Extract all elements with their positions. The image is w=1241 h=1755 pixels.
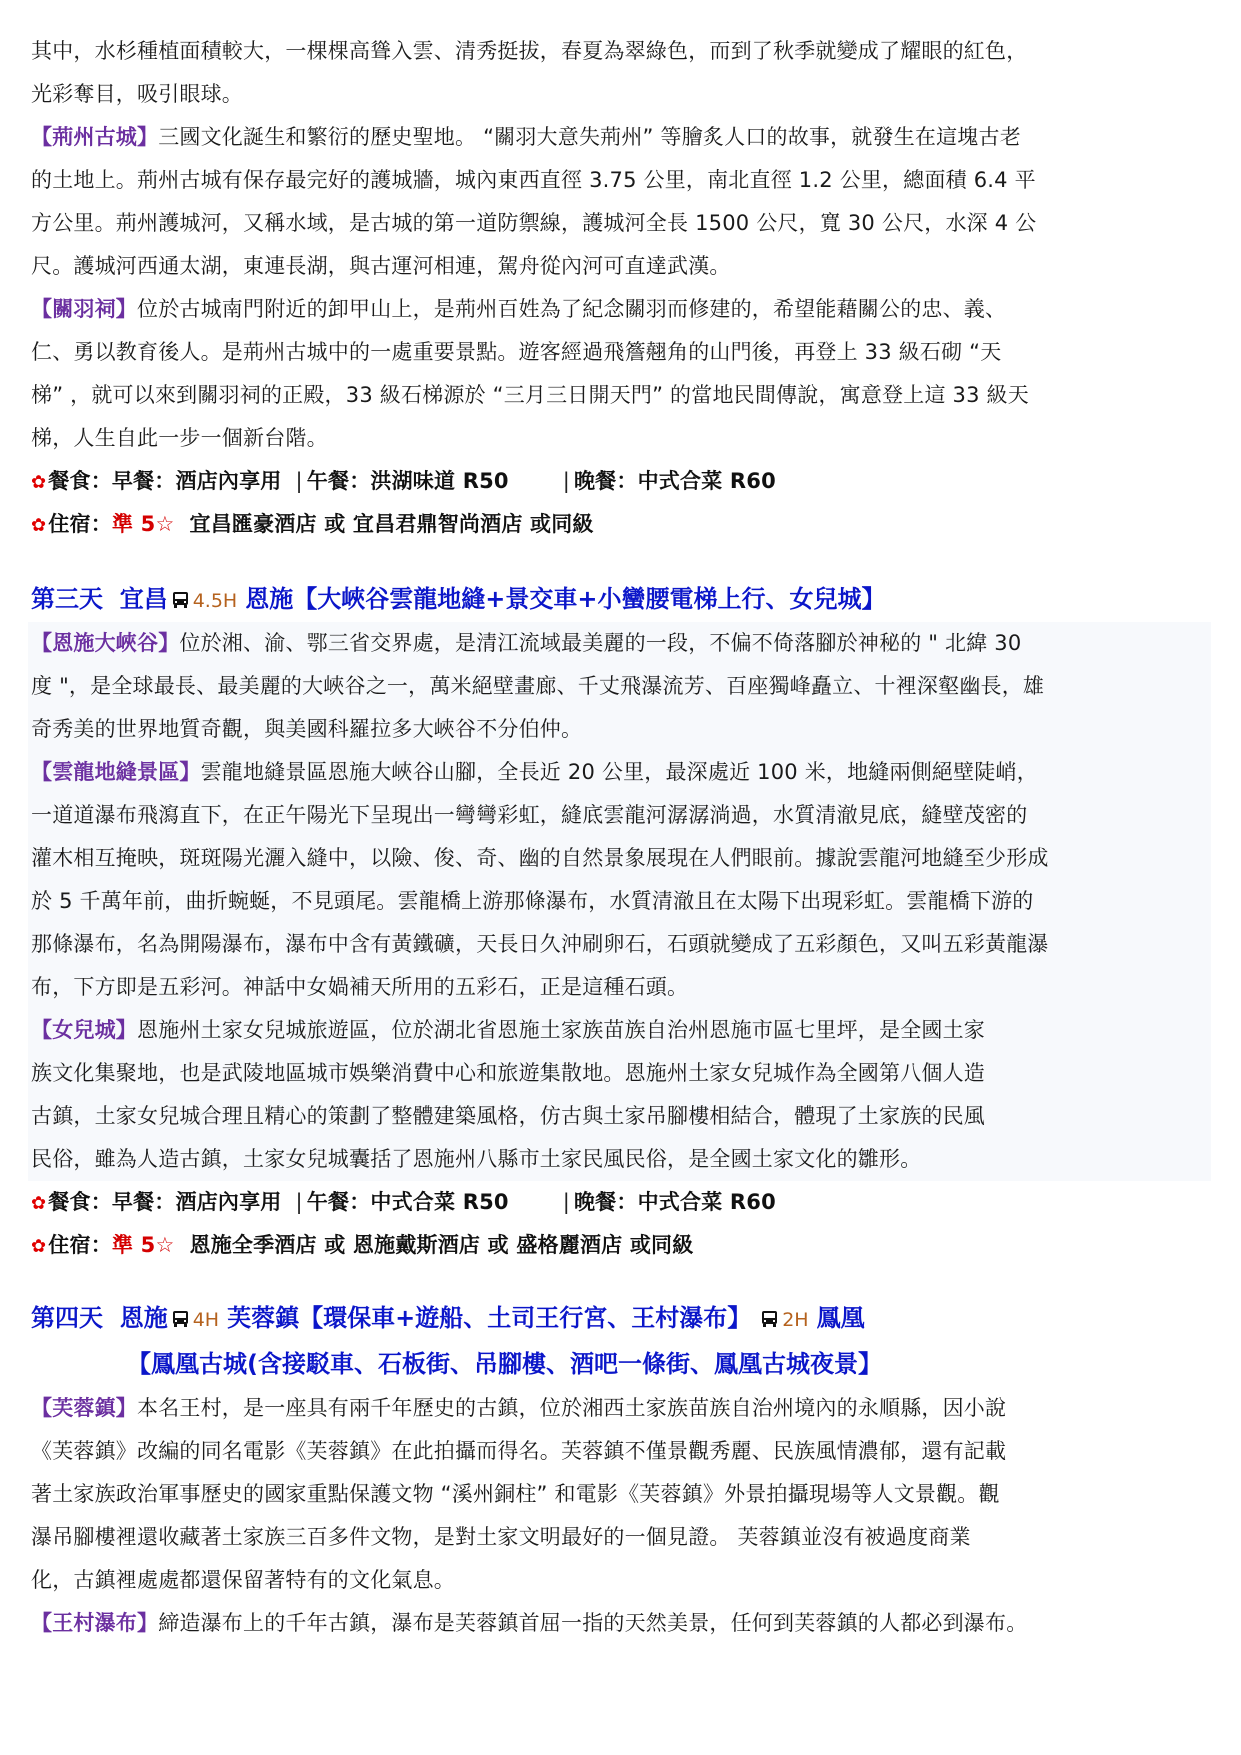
- meals-label: 餐食：: [48, 1190, 112, 1214]
- text-line: 梯，人生自此一步一個新台階。: [31, 417, 1211, 460]
- hotel-row: ✿住宿：準 5☆ 宜昌匯豪酒店 或 宜昌君鼎智尚酒店 或同級: [31, 503, 1211, 546]
- text-line: 的土地上。荊州古城有保存最完好的護城牆，城內東西直徑 3.75 公里，南北直徑 …: [31, 159, 1211, 202]
- meals-row: ✿餐食：早餐：酒店內享用|午餐：中式合菜 R50|晚餐：中式合菜 R60: [31, 1181, 1211, 1224]
- hotel-grade: 準 5: [112, 1233, 156, 1257]
- text-line: 那條瀑布，名為開陽瀑布，瀑布中含有黃鐵礦，天長日久沖刷卵石，石頭就變成了五彩顏色…: [31, 923, 1211, 966]
- text-line: 民俗，雖為人造古鎮，土家女兒城囊括了恩施州八縣市土家民風民俗，是全國土家文化的雛…: [31, 1138, 1211, 1181]
- dinner: 晚餐：中式合菜 R60: [574, 469, 776, 493]
- text-line: 《芙蓉鎮》改編的同名電影《芙蓉鎮》在此拍攝而得名。芙蓉鎮不僅景觀秀麗、民族風情濃…: [31, 1430, 1211, 1473]
- hotel-row: ✿住宿：準 5☆ 恩施全季酒店 或 恩施戴斯酒店 或 盛格麗酒店 或同級: [31, 1224, 1211, 1267]
- hotel-grade: 準 5: [112, 512, 156, 536]
- text-line: 一道道瀑布飛瀉直下，在正午陽光下呈現出一彎彎彩虹，縫底雲龍河潺潺淌過，水質清澈見…: [31, 794, 1211, 837]
- flower-icon: ✿: [31, 1193, 46, 1214]
- day4-subheading: 【鳳凰古城(含接駁車、石板街、吊腳樓、酒吧一條街、鳳凰古城夜景】: [31, 1341, 1211, 1387]
- text-line: 布，下方即是五彩河。神話中女媧補天所用的五彩石，正是這種石頭。: [31, 966, 1211, 1009]
- dinner: 晚餐：中式合菜 R60: [574, 1190, 776, 1214]
- section-tag: 【關羽祠】: [31, 297, 137, 321]
- from-city: 恩施: [120, 1304, 168, 1332]
- from-city: 宜昌: [120, 585, 168, 613]
- section-tag: 【女兒城】: [31, 1018, 137, 1042]
- text-line: 族文化集聚地，也是武陵地區城市娛樂消費中心和旅遊集散地。恩施州土家女兒城作為全國…: [31, 1052, 1211, 1095]
- section-yunlong-fissure: 【雲龍地縫景區】雲龍地縫景區恩施大峽谷山腳，全長近 20 公里，最深處近 100…: [28, 751, 1211, 1009]
- day-label: 第四天: [31, 1304, 103, 1332]
- travel-duration: 4H: [193, 1309, 219, 1331]
- flower-icon: ✿: [31, 472, 46, 493]
- flower-icon: ✿: [31, 515, 46, 536]
- text-line: 奇秀美的世界地質奇觀，與美國科羅拉多大峽谷不分伯仲。: [31, 708, 1211, 751]
- separator: |: [296, 469, 303, 493]
- text-line: 度 "，是全球最長、最美麗的大峽谷之一，萬米絕壁畫廊、千丈飛瀑流芳、百座獨峰矗立…: [31, 665, 1211, 708]
- text-line: 恩施州土家女兒城旅遊區，位於湖北省恩施土家族苗族自治州恩施市區七里坪，是全國土家: [137, 1018, 985, 1042]
- day3-heading: 第三天 宜昌4.5H恩施【大峽谷雲龍地縫+景交車+小蠻腰電梯上行、女兒城】: [31, 576, 1211, 622]
- bus-icon: [761, 1310, 778, 1328]
- hotel-options: 宜昌匯豪酒店 或 宜昌君鼎智尚酒店 或同級: [190, 512, 594, 536]
- travel-duration: 2H: [782, 1309, 808, 1331]
- meals-label: 餐食：: [48, 469, 112, 493]
- text-line: 雲龍地縫景區恩施大峽谷山腳，全長近 20 公里，最深處近 100 米，地縫兩側絕…: [201, 760, 1038, 784]
- text-line: 方公里。荊州護城河，又稱水域，是古城的第一道防禦線，護城河全長 1500 公尺，…: [31, 202, 1211, 245]
- lunch: 午餐：洪湖味道 R50: [307, 469, 509, 493]
- text-line: 其中，水杉種植面積較大，一棵棵高聳入雲、清秀挺拔，春夏為翠綠色，而到了秋季就變成…: [31, 30, 1211, 73]
- text-line: 三國文化誕生和繁衍的歷史聖地。 “關羽大意失荊州” 等膾炙人口的故事，就發生在這…: [158, 125, 1021, 149]
- destination-and-items: 恩施【大峽谷雲龍地縫+景交車+小蠻腰電梯上行、女兒城】: [245, 585, 885, 613]
- text-line: 尺。護城河西通太湖，東連長湖，與古運河相連，駕舟從內河可直達武漢。: [31, 245, 1211, 288]
- lunch: 午餐：中式合菜 R50: [307, 1190, 509, 1214]
- hotel-options: 恩施全季酒店 或 恩施戴斯酒店 或 盛格麗酒店 或同級: [190, 1233, 694, 1257]
- section-tag: 【恩施大峽谷】: [31, 631, 179, 655]
- text-line: 於 5 千萬年前，曲折蜿蜒，不見頭尾。雲龍橋上游那條瀑布，水質清澈且在太陽下出現…: [31, 880, 1211, 923]
- itinerary-page: 其中，水杉種植面積較大，一棵棵高聳入雲、清秀挺拔，春夏為翠綠色，而到了秋季就變成…: [31, 30, 1211, 1645]
- text-line: 著土家族政治軍事歷史的國家重點保護文物 “溪州銅柱” 和電影《芙蓉鎮》外景拍攝現…: [31, 1473, 1211, 1516]
- breakfast: 早餐：酒店內享用: [112, 469, 282, 493]
- section-guanyu-temple: 【關羽祠】位於古城南門附近的卸甲山上，是荊州百姓為了紀念關羽而修建的，希望能藉關…: [31, 288, 1211, 460]
- hotel-label: 住宿：: [48, 1233, 112, 1257]
- text-line: 化，古鎮裡處處都還保留著特有的文化氣息。: [31, 1559, 1211, 1602]
- star-icon: ☆: [155, 512, 174, 536]
- section-tag: 【雲龍地縫景區】: [31, 760, 201, 784]
- bus-icon: [172, 591, 189, 609]
- bus-icon: [172, 1310, 189, 1328]
- section-tag: 【王村瀑布】: [31, 1611, 158, 1635]
- section-tag: 【芙蓉鎮】: [31, 1396, 137, 1420]
- travel-duration: 4.5H: [193, 590, 238, 612]
- hotel-label: 住宿：: [48, 512, 112, 536]
- destination-city: 鳳凰: [817, 1304, 865, 1332]
- day4-items: 【鳳凰古城(含接駁車、石板街、吊腳樓、酒吧一條街、鳳凰古城夜景】: [31, 1350, 882, 1378]
- text-line: 締造瀑布上的千年古鎮，瀑布是芙蓉鎮首屈一指的天然美景，任何到芙蓉鎮的人都必到瀑布…: [158, 1611, 1027, 1635]
- text-line: 仁、勇以教育後人。是荊州古城中的一處重要景點。遊客經過飛簷翹角的山門後，再登上 …: [31, 331, 1211, 374]
- section-jingzhou-ancient-city: 【荊州古城】三國文化誕生和繁衍的歷史聖地。 “關羽大意失荊州” 等膾炙人口的故事…: [31, 116, 1211, 288]
- flower-icon: ✿: [31, 1236, 46, 1257]
- day-label: 第三天: [31, 585, 103, 613]
- text-line: 灌木相互掩映，斑斑陽光灑入縫中，以險、俊、奇、幽的自然景象展現在人們眼前。據說雲…: [31, 837, 1211, 880]
- section-daughter-city: 【女兒城】恩施州土家女兒城旅遊區，位於湖北省恩施土家族苗族自治州恩施市區七里坪，…: [28, 1009, 1211, 1181]
- section-wangcun-waterfall: 【王村瀑布】締造瀑布上的千年古鎮，瀑布是芙蓉鎮首屈一指的天然美景，任何到芙蓉鎮的…: [31, 1602, 1211, 1645]
- text-line: 位於古城南門附近的卸甲山上，是荊州百姓為了紀念關羽而修建的，希望能藉關公的忠、義…: [137, 297, 1006, 321]
- text-line: 古鎮，土家女兒城合理且精心的策劃了整體建築風格，仿古與土家吊腳樓相結合，體現了土…: [31, 1095, 1211, 1138]
- section-enshi-grand-canyon: 【恩施大峽谷】位於湘、渝、鄂三省交界處，是清江流域最美麗的一段，不偏不倚落腳於神…: [28, 622, 1211, 751]
- separator: |: [296, 1190, 303, 1214]
- section-furong-town: 【芙蓉鎮】本名王村，是一座具有兩千年歷史的古鎮，位於湘西土家族苗族自治州境內的永…: [31, 1387, 1211, 1602]
- star-icon: ☆: [155, 1233, 174, 1257]
- separator: |: [563, 1190, 570, 1214]
- mid-stop-and-items: 芙蓉鎮【環保車+遊船、土司王行宮、王村瀑布】: [227, 1304, 751, 1332]
- meals-row: ✿餐食：早餐：酒店內享用|午餐：洪湖味道 R50|晚餐：中式合菜 R60: [31, 460, 1211, 503]
- text-line: 位於湘、渝、鄂三省交界處，是清江流域最美麗的一段，不偏不倚落腳於神秘的 " 北緯…: [179, 631, 1021, 655]
- text-line: 本名王村，是一座具有兩千年歷史的古鎮，位於湘西土家族苗族自治州境內的永順縣，因小…: [137, 1396, 1006, 1420]
- breakfast: 早餐：酒店內享用: [112, 1190, 282, 1214]
- section-tag: 【荊州古城】: [31, 125, 158, 149]
- intro-paragraph: 其中，水杉種植面積較大，一棵棵高聳入雲、清秀挺拔，春夏為翠綠色，而到了秋季就變成…: [31, 30, 1211, 116]
- text-line: 光彩奪目，吸引眼球。: [31, 73, 1211, 116]
- text-line: 梯” ，就可以來到關羽祠的正殿，33 級石梯源於 “三月三日開天門” 的當地民間…: [31, 374, 1211, 417]
- text-line: 瀑吊腳樓裡還收藏著土家族三百多件文物，是對土家文明最好的一個見證。 芙蓉鎮並沒有…: [31, 1516, 1211, 1559]
- separator: |: [563, 469, 570, 493]
- day4-heading: 第四天 恩施4H芙蓉鎮【環保車+遊船、土司王行宮、王村瀑布】2H鳳凰: [31, 1295, 1211, 1341]
